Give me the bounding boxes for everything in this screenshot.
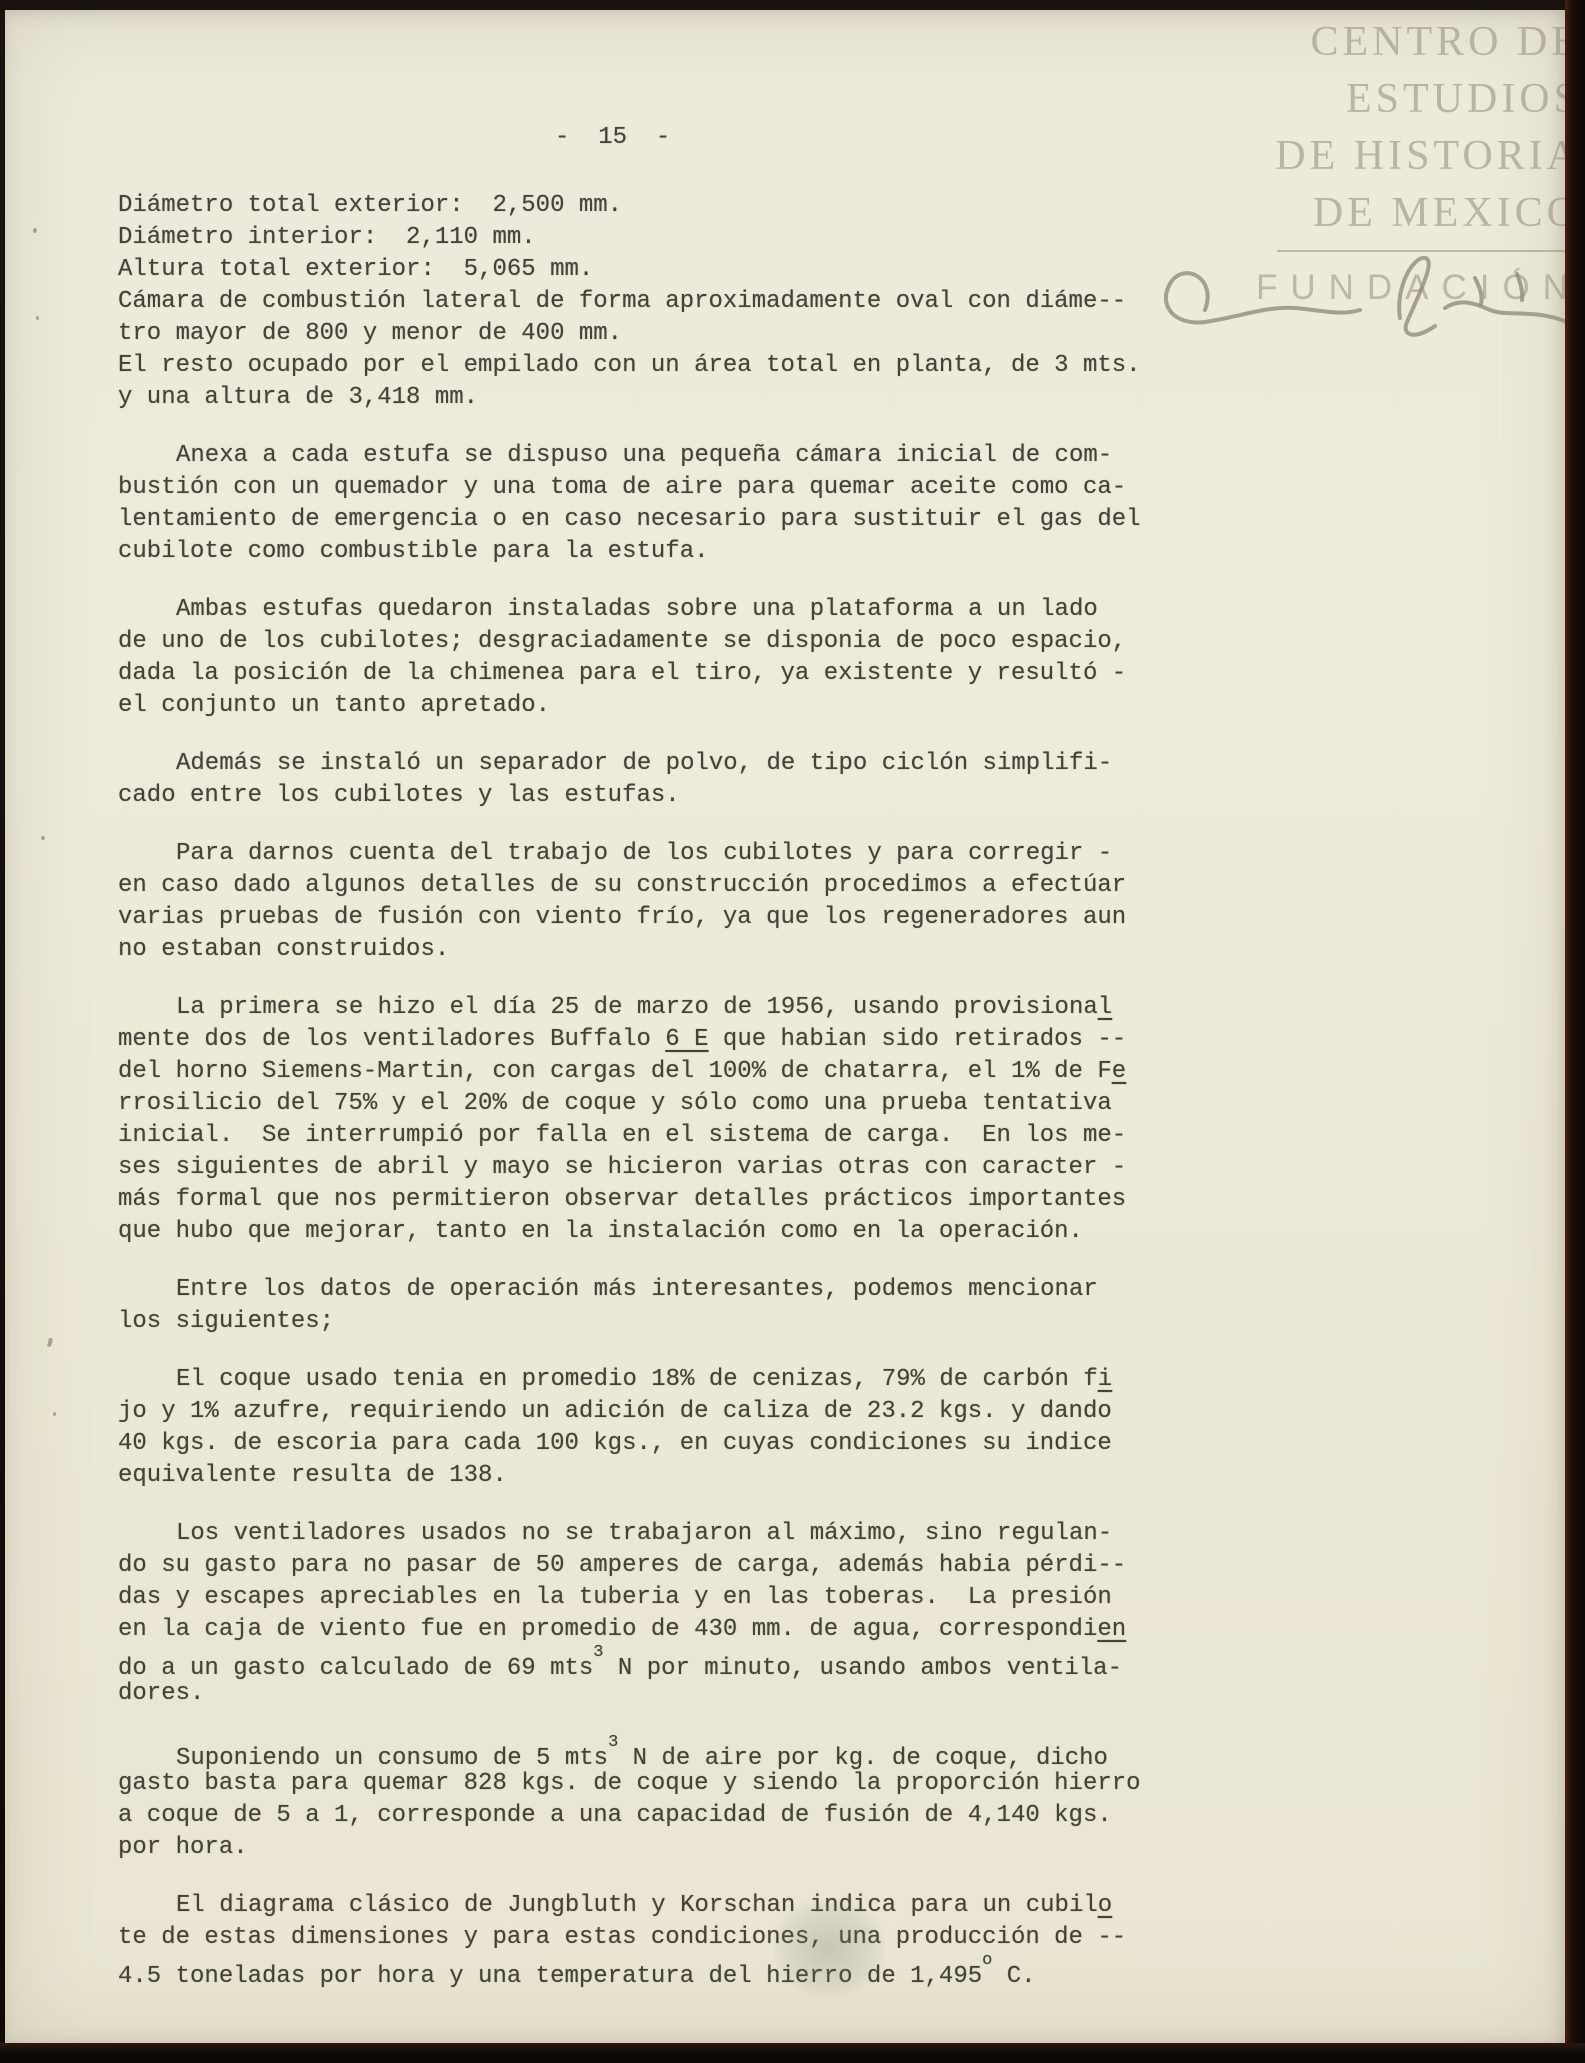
signature-carlos-slim-icon bbox=[1145, 248, 1585, 352]
text-line: varias pruebas de fusión con viento frío… bbox=[118, 902, 1208, 934]
text-line: Diámetro total exterior: 2,500 mm. bbox=[118, 190, 1208, 222]
text-line: do a un gasto calculado de 69 mts3 N por… bbox=[118, 1646, 1208, 1678]
page-number: - 15 - bbox=[555, 124, 670, 151]
text-line: tro mayor de 800 y menor de 400 mm. bbox=[118, 318, 1208, 350]
text-line: te de estas dimensiones y para estas con… bbox=[118, 1922, 1208, 1954]
text-line: Además se instaló un separador de polvo,… bbox=[118, 748, 1208, 780]
text-line: 40 kgs. de escoria para cada 100 kgs., e… bbox=[118, 1428, 1208, 1460]
text-line: Los ventiladores usados no se trabajaron… bbox=[118, 1518, 1208, 1550]
text-line: mente dos de los ventiladores Buffalo 6 … bbox=[118, 1024, 1208, 1056]
text-line: bustión con un quemador y una toma de ai… bbox=[118, 472, 1208, 504]
scan-edge-bottom bbox=[0, 2043, 1585, 2063]
text-line: y una altura de 3,418 mm. bbox=[118, 382, 1208, 414]
text-line: en la caja de viento fue en promedio de … bbox=[118, 1614, 1208, 1646]
text-line: dores. bbox=[118, 1678, 1208, 1710]
text-line: no estaban construidos. bbox=[118, 934, 1208, 966]
paragraph: El coque usado tenia en promedio 18% de … bbox=[118, 1364, 1208, 1492]
text-line: Diámetro interior: 2,110 mm. bbox=[118, 222, 1208, 254]
text-line: cado entre los cubilotes y las estufas. bbox=[118, 780, 1208, 812]
text-line: jo y 1% azufre, requiriendo un adición d… bbox=[118, 1396, 1208, 1428]
paragraph: Ambas estufas quedaron instaladas sobre … bbox=[118, 594, 1208, 722]
text-line: Anexa a cada estufa se dispuso una peque… bbox=[118, 440, 1208, 472]
paragraph: Entre los datos de operación más interes… bbox=[118, 1274, 1208, 1338]
watermark-line: CENTRO DE bbox=[1101, 14, 1581, 71]
text-line: equivalente resulta de 138. bbox=[118, 1460, 1208, 1492]
text-line: 4.5 toneladas por hora y una temperatura… bbox=[118, 1954, 1208, 1986]
text-line: por hora. bbox=[118, 1832, 1208, 1864]
paragraph: Para darnos cuenta del trabajo de los cu… bbox=[118, 838, 1208, 966]
paragraph: Suponiendo un consumo de 5 mts3 N de air… bbox=[118, 1736, 1208, 1864]
text-line: del horno Siemens-Martin, con cargas del… bbox=[118, 1056, 1208, 1088]
text-line: más formal que nos permitieron observar … bbox=[118, 1184, 1208, 1216]
text-line: El diagrama clásico de Jungbluth y Korsc… bbox=[118, 1890, 1208, 1922]
text-line: Entre los datos de operación más interes… bbox=[118, 1274, 1208, 1306]
text-line: Para darnos cuenta del trabajo de los cu… bbox=[118, 838, 1208, 870]
ink-speck bbox=[53, 1412, 56, 1416]
paragraph: Diámetro total exterior: 2,500 mm.Diámet… bbox=[118, 190, 1208, 414]
ink-speck bbox=[41, 836, 45, 840]
text-line: do su gasto para no pasar de 50 amperes … bbox=[118, 1550, 1208, 1582]
watermark-divider bbox=[1277, 250, 1577, 252]
text-line: das y escapes apreciables en la tuberia … bbox=[118, 1582, 1208, 1614]
ink-speck bbox=[33, 228, 37, 233]
text-line: El coque usado tenia en promedio 18% de … bbox=[118, 1364, 1208, 1396]
text-line: gasto basta para quemar 828 kgs. de coqu… bbox=[118, 1768, 1208, 1800]
paragraph: Además se instaló un separador de polvo,… bbox=[118, 748, 1208, 812]
document-body: Diámetro total exterior: 2,500 mm.Diámet… bbox=[118, 190, 1208, 2012]
paper-sheet: CENTRO DE ESTUDIOS DE HISTORIA DE MEXICO… bbox=[5, 10, 1569, 2046]
paragraph: Anexa a cada estufa se dispuso una peque… bbox=[118, 440, 1208, 568]
scan-edge-right bbox=[1565, 0, 1585, 2063]
ink-speck bbox=[36, 316, 39, 320]
text-line: dada la posición de la chimenea para el … bbox=[118, 658, 1208, 690]
text-line: Altura total exterior: 5,065 mm. bbox=[118, 254, 1208, 286]
text-line: rrosilicio del 75% y el 20% de coque y s… bbox=[118, 1088, 1208, 1120]
text-line: El resto ocupado por el empilado con un … bbox=[118, 350, 1208, 382]
text-line: Ambas estufas quedaron instaladas sobre … bbox=[118, 594, 1208, 626]
scanned-page: CENTRO DE ESTUDIOS DE HISTORIA DE MEXICO… bbox=[0, 0, 1585, 2063]
paragraph: El diagrama clásico de Jungbluth y Korsc… bbox=[118, 1890, 1208, 1986]
paragraph: La primera se hizo el día 25 de marzo de… bbox=[118, 992, 1208, 1248]
text-line: Cámara de combustión lateral de forma ap… bbox=[118, 286, 1208, 318]
text-line: inicial. Se interrumpió por falla en el … bbox=[118, 1120, 1208, 1152]
text-line: de uno de los cubilotes; desgraciadament… bbox=[118, 626, 1208, 658]
paragraph: Los ventiladores usados no se trabajaron… bbox=[118, 1518, 1208, 1710]
text-line: La primera se hizo el día 25 de marzo de… bbox=[118, 992, 1208, 1024]
watermark-line: ESTUDIOS bbox=[1101, 71, 1581, 128]
ink-speck bbox=[47, 1338, 53, 1348]
watermark-line: DE HISTORIA bbox=[1101, 128, 1581, 185]
text-line: en caso dado algunos detalles de su cons… bbox=[118, 870, 1208, 902]
text-line: Suponiendo un consumo de 5 mts3 N de air… bbox=[118, 1736, 1208, 1768]
text-line: lentamiento de emergencia o en caso nece… bbox=[118, 504, 1208, 536]
text-line: a coque de 5 a 1, corresponde a una capa… bbox=[118, 1800, 1208, 1832]
text-line: los siguientes; bbox=[118, 1306, 1208, 1338]
text-line: el conjunto un tanto apretado. bbox=[118, 690, 1208, 722]
text-line: cubilote como combustible para la estufa… bbox=[118, 536, 1208, 568]
text-line: ses siguientes de abril y mayo se hicier… bbox=[118, 1152, 1208, 1184]
text-line: que hubo que mejorar, tanto en la instal… bbox=[118, 1216, 1208, 1248]
